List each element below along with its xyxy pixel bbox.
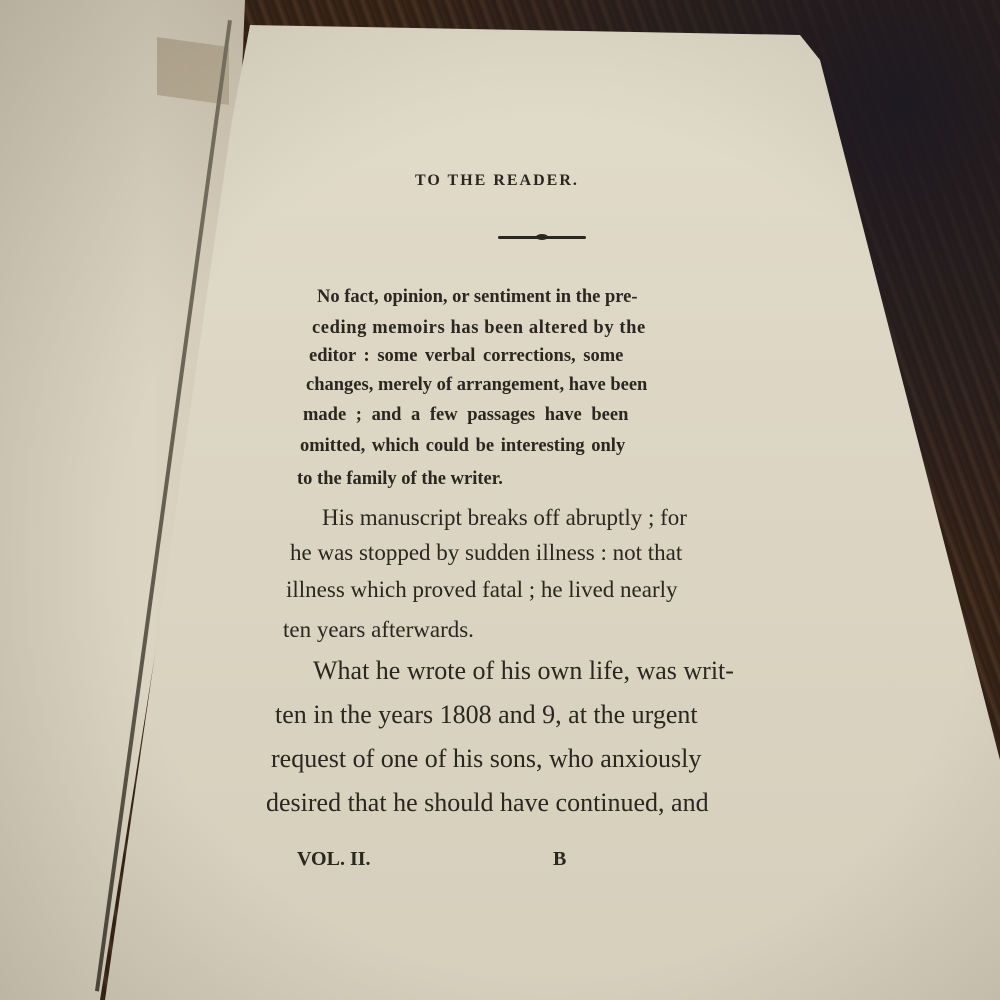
paragraph-3-line-1: What he wrote of his own life, was writ- [313,656,734,686]
page-text: TO THE READER. No fact, opinion, or sent… [0,0,1000,1000]
paragraph-2-line-4: ten years afterwards. [283,617,474,643]
paragraph-1-line-7: to the family of the writer. [297,469,503,490]
volume-label: VOL. II. [297,848,371,871]
paragraph-3-line-3: request of one of his sons, who anxiousl… [271,744,701,774]
paragraph-1-line-3: editor : some verbal corrections, some [309,346,623,367]
paragraph-1-line-1: No fact, opinion, or sentiment in the pr… [317,287,638,308]
paragraph-1-line-5: made ; and a few passages have been [303,405,628,426]
paragraph-2-line-1: His manuscript breaks off abruptly ; for [322,505,687,531]
paragraph-1-line-2: ceding memoirs has been altered by the [312,318,646,339]
paragraph-1-line-4: changes, merely of arrangement, have bee… [306,375,647,396]
ornament-rule [498,236,586,239]
paragraph-2-line-3: illness which proved fatal ; he lived ne… [286,577,678,603]
paragraph-3-line-4: desired that he should have continued, a… [266,788,709,818]
paragraph-2-line-2: he was stopped by sudden illness : not t… [290,540,682,566]
paragraph-1-line-6: omitted, which could be interesting only [300,436,625,457]
signature-mark: B [553,848,566,871]
paragraph-3-line-2: ten in the years 1808 and 9, at the urge… [275,700,698,730]
page-heading: TO THE READER. [415,172,579,190]
